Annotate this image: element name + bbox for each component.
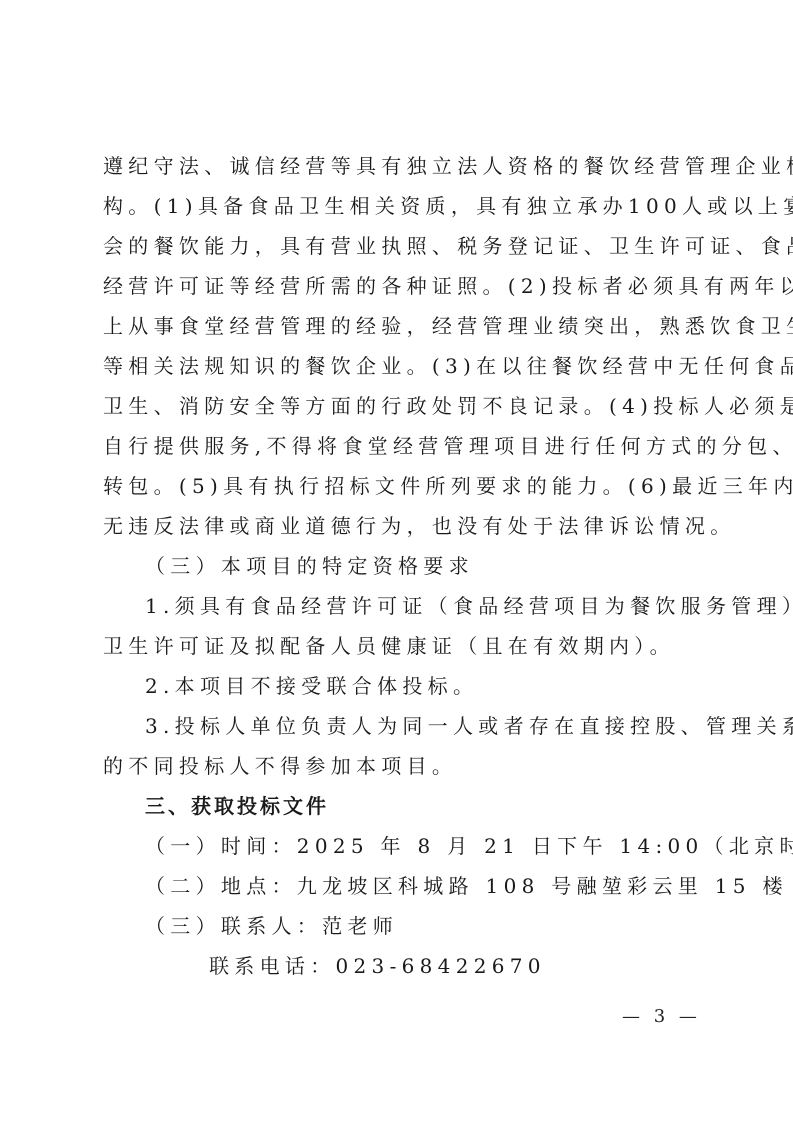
acquisition-contact-person: （三）联系人：范老师 [103, 906, 693, 946]
paragraph-line: 无违反法律或商业道德行为，也没有处于法律诉讼情况。 [103, 506, 693, 546]
chapter-heading: 三、获取投标文件 [103, 786, 693, 826]
paragraph-line: 上从事食堂经营管理的经验，经营管理业绩突出，熟悉饮食卫生 [103, 306, 693, 346]
acquisition-time: （一）时间：2025 年 8 月 21 日下午 14:00（北京时间） [103, 826, 693, 866]
paragraph-line: 等相关法规知识的餐饮企业。(3)在以往餐饮经营中无任何食品 [103, 346, 693, 386]
acquisition-contact-phone: 联系电话：023-68422670 [103, 946, 693, 986]
acquisition-location: （二）地点：九龙坡区科城路 108 号融堃彩云里 15 楼 [103, 866, 693, 906]
paragraph-line: 卫生、消防安全等方面的行政处罚不良记录。(4)投标人必须是 [103, 386, 693, 426]
section-heading: （三）本项目的特定资格要求 [103, 546, 693, 586]
paragraph-line: 转包。(5)具有执行招标文件所列要求的能力。(6)最近三年内 [103, 466, 693, 506]
requirement-1-line: 卫生许可证及拟配备人员健康证（且在有效期内）。 [103, 626, 693, 666]
paragraph-line: 经营许可证等经营所需的各种证照。(2)投标者必须具有两年以 [103, 266, 693, 306]
requirement-3-line: 3.投标人单位负责人为同一人或者存在直接控股、管理关系 [103, 706, 693, 746]
document-page: 遵纪守法、诚信经营等具有独立法人资格的餐饮经营管理企业机 构。(1)具备食品卫生… [0, 0, 793, 1122]
requirement-1-line: 1.须具有食品经营许可证（食品经营项目为餐饮服务管理）、 [103, 586, 693, 626]
document-body: 遵纪守法、诚信经营等具有独立法人资格的餐饮经营管理企业机 构。(1)具备食品卫生… [103, 146, 693, 986]
paragraph-line: 自行提供服务,不得将食堂经营管理项目进行任何方式的分包、 [103, 426, 693, 466]
page-number: — 3 — [622, 1005, 701, 1029]
paragraph-line: 遵纪守法、诚信经营等具有独立法人资格的餐饮经营管理企业机 [103, 146, 693, 186]
requirement-2: 2.本项目不接受联合体投标。 [103, 666, 693, 706]
paragraph-line: 会的餐饮能力，具有营业执照、税务登记证、卫生许可证、食品 [103, 226, 693, 266]
requirement-3-line: 的不同投标人不得参加本项目。 [103, 746, 693, 786]
paragraph-line: 构。(1)具备食品卫生相关资质，具有独立承办100人或以上宴 [103, 186, 693, 226]
